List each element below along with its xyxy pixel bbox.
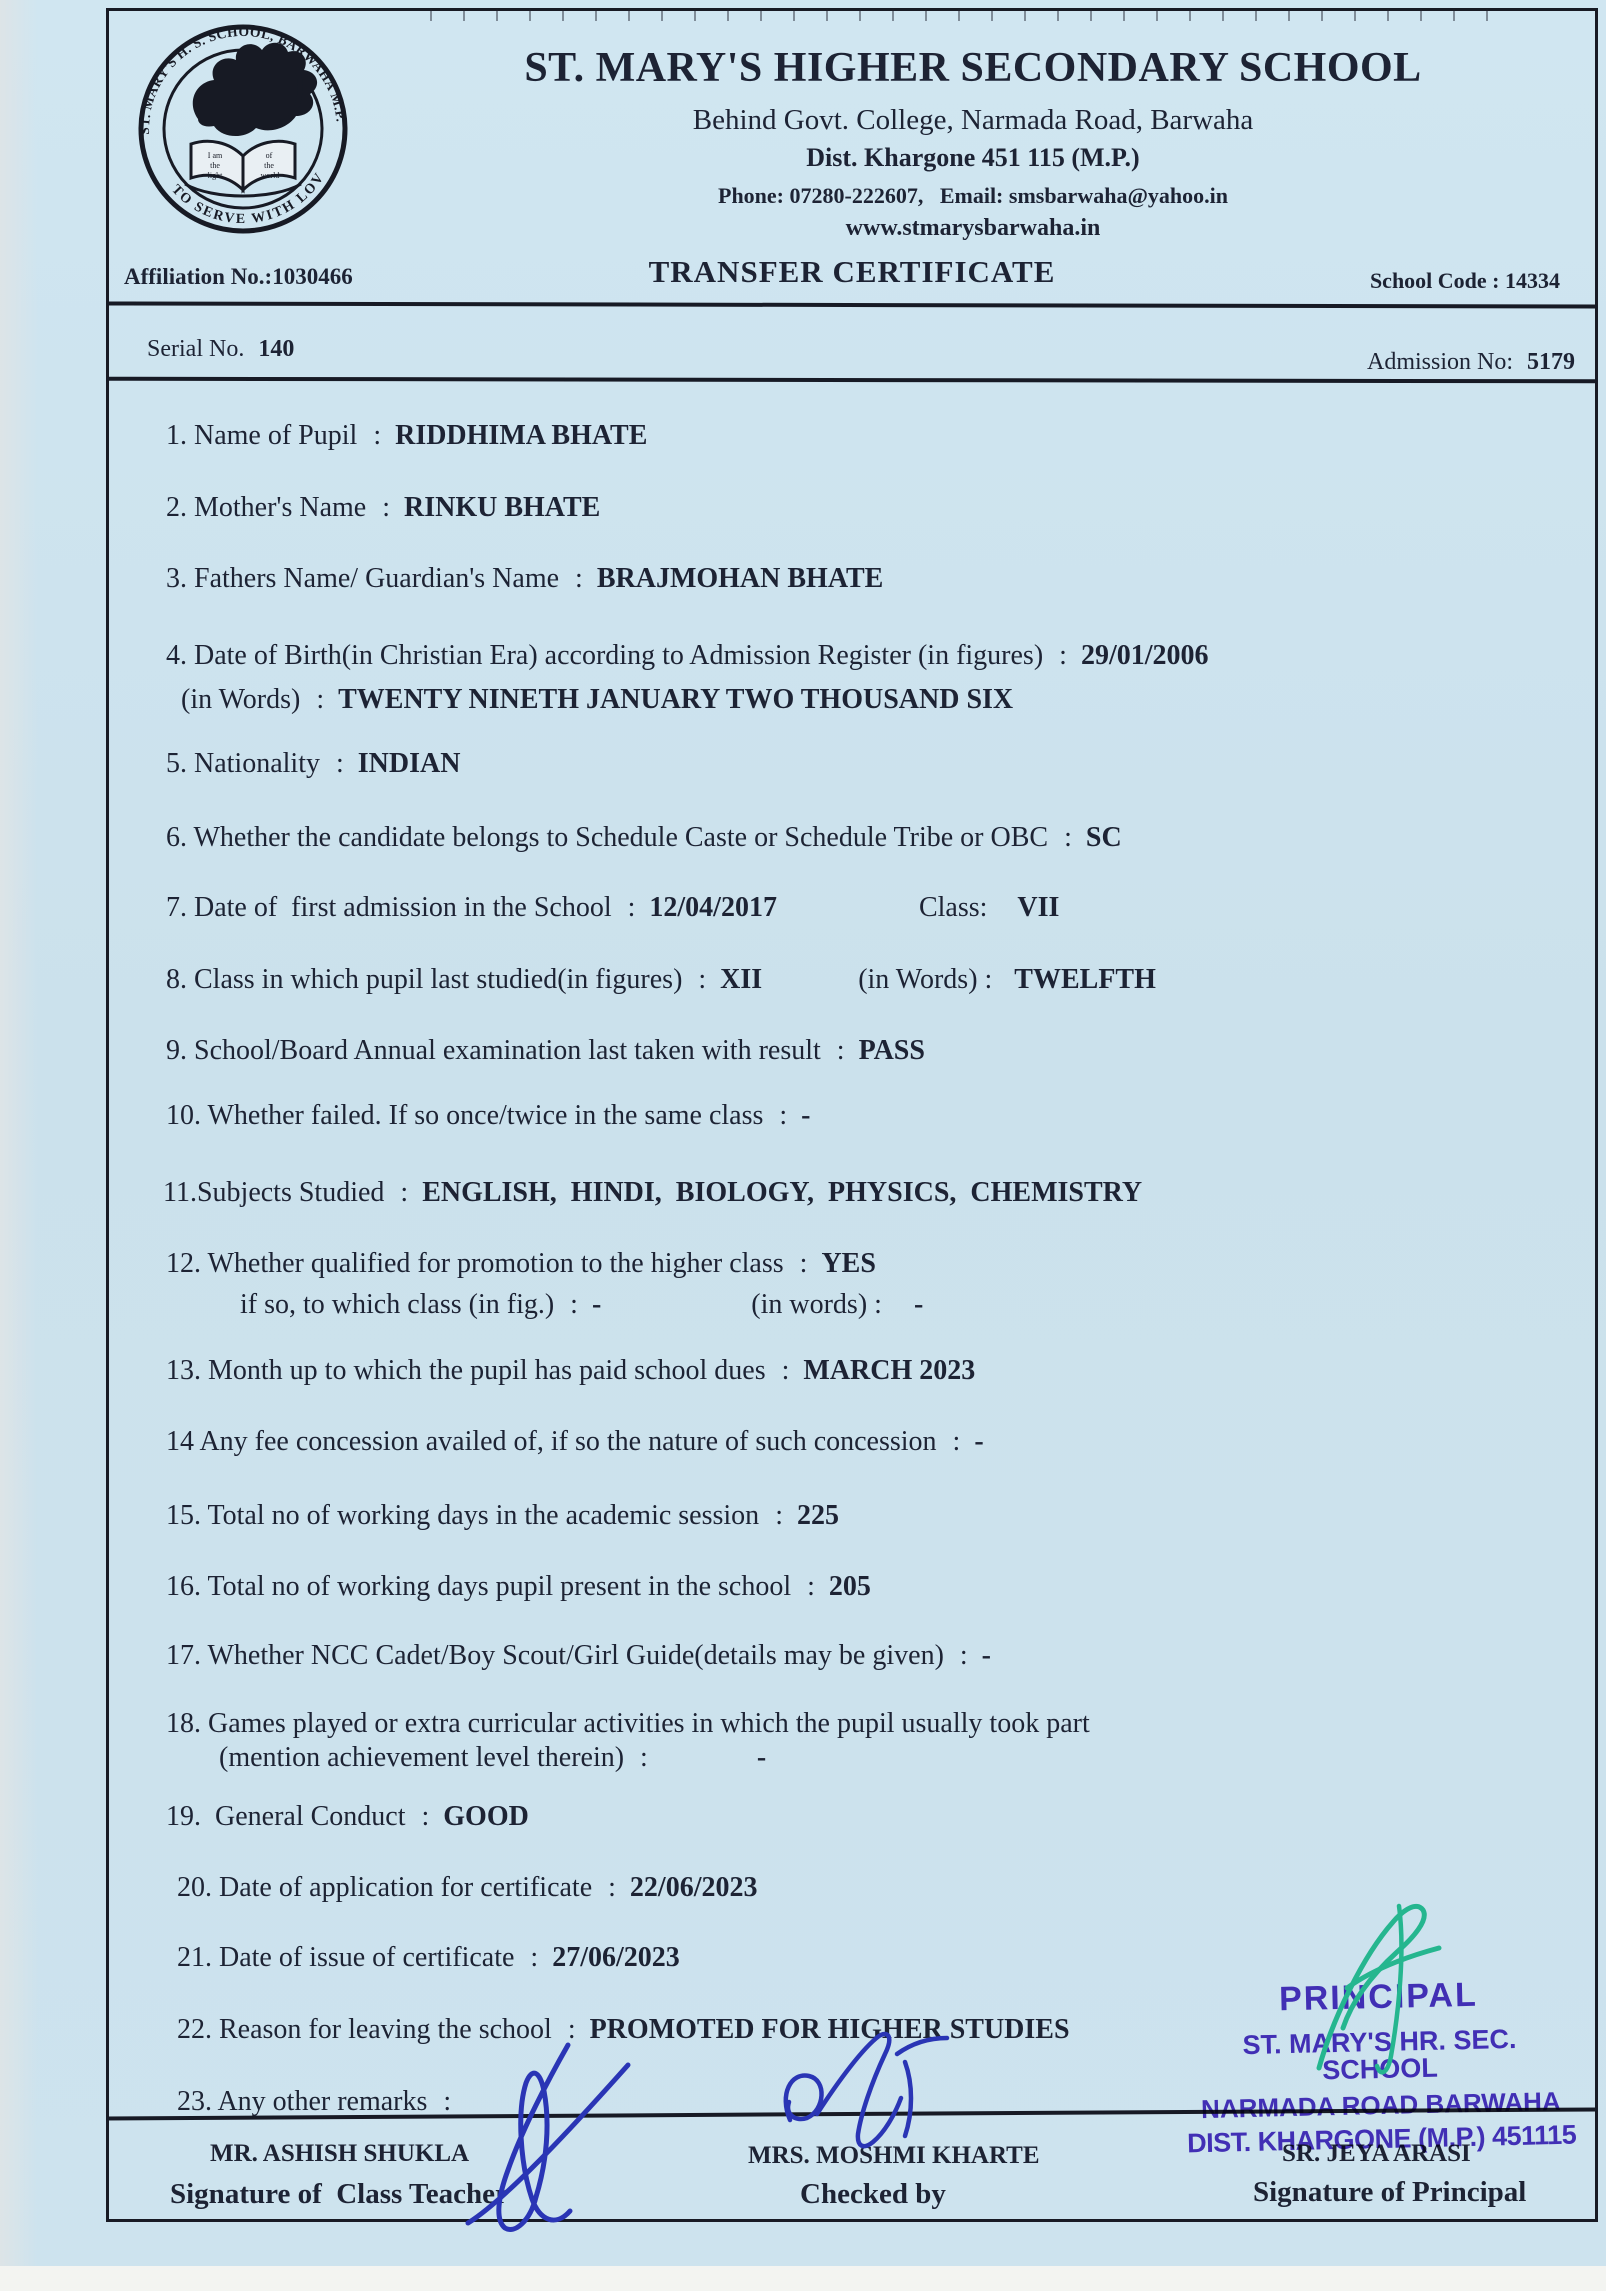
item-label: 15. Total no of working days in the acad… <box>166 1500 759 1531</box>
school-name: ST. MARY'S HIGHER SECONDARY SCHOOL <box>348 44 1598 92</box>
item-label: 18. Games played or extra curricular act… <box>166 1708 1090 1739</box>
item-value: 205 <box>829 1571 871 1602</box>
school-district: Dist. Khargone 451 115 (M.P.) <box>348 143 1598 173</box>
item-label: 1. Name of Pupil <box>166 420 357 451</box>
item-colon: : <box>628 892 636 923</box>
tc-item-20: 20. Date of application for certificate:… <box>177 1872 757 1904</box>
item-colon: : <box>575 563 583 594</box>
school-address: Behind Govt. College, Narmada Road, Barw… <box>348 104 1598 137</box>
item-value: - <box>592 1289 601 1320</box>
item-value: RIDDHIMA BHATE <box>395 420 647 451</box>
tc-item-8: 8. Class in which pupil last studied(in … <box>166 964 1156 996</box>
item-value: 27/06/2023 <box>552 1942 680 1973</box>
tc-item-13: 13. Month up to which the pupil has paid… <box>166 1355 975 1387</box>
school-logo-seal: ST. MARY'S H. S. SCHOOL, BARWAHA M.P. TO… <box>136 22 350 236</box>
tc-item-12: 12. Whether qualified for promotion to t… <box>166 1248 876 1280</box>
item-label: 13. Month up to which the pupil has paid… <box>166 1355 766 1386</box>
item-colon: : <box>1064 822 1072 853</box>
tc-item-1: 1. Name of Pupil:RIDDHIMA BHATE <box>166 420 647 452</box>
item-value: - <box>982 1640 991 1671</box>
tc-item-18: 18. Games played or extra curricular act… <box>166 1708 1090 1740</box>
tc-item-7: 7. Date of first admission in the School… <box>166 892 1059 924</box>
transfer-certificate-page: ST. MARY'S H. S. SCHOOL, BARWAHA M.P. TO… <box>0 0 1606 2291</box>
checked-by-role: Checked by <box>800 2178 946 2211</box>
item-label: 8. Class in which pupil last studied(in … <box>166 964 682 995</box>
item-value-2: TWELFTH <box>1014 964 1156 995</box>
item-value: TWENTY NINETH JANUARY TWO THOUSAND SIX <box>338 684 1013 715</box>
item-value: YES <box>821 1248 875 1279</box>
item-label: 7. Date of first admission in the School <box>166 892 612 923</box>
admission-value: 5179 <box>1527 349 1575 375</box>
item-value: 22/06/2023 <box>630 1872 758 1903</box>
book-text: I am <box>208 151 223 160</box>
item-value: - <box>757 1742 766 1773</box>
tc-item-9: 9. School/Board Annual examination last … <box>166 1035 925 1067</box>
item-label: 11.Subjects Studied <box>163 1177 384 1208</box>
tc-item-14: 14 Any fee concession availed of, if so … <box>166 1426 984 1458</box>
item-value: - <box>801 1100 810 1131</box>
item-label: 17. Whether NCC Cadet/Boy Scout/Girl Gui… <box>166 1640 944 1671</box>
tc-item-10: 10. Whether failed. If so once/twice in … <box>166 1100 811 1132</box>
item-colon: : <box>608 1872 616 1903</box>
item-value: SC <box>1086 822 1122 853</box>
item-colon: : <box>698 964 706 995</box>
item-value-2: VII <box>1017 892 1059 923</box>
item-value: 225 <box>797 1500 839 1531</box>
class-teacher-signature <box>450 2035 645 2235</box>
item-colon: : <box>422 1801 430 1832</box>
tc-item-4: 4. Date of Birth(in Christian Era) accor… <box>166 640 1209 672</box>
item-value: ENGLISH, HINDI, BIOLOGY, PHYSICS, CHEMIS… <box>422 1177 1142 1208</box>
item-colon: : <box>373 420 381 451</box>
item-value: RINKU BHATE <box>404 492 600 523</box>
item-value: XII <box>720 964 762 995</box>
tc-item-5: 5. Nationality:INDIAN <box>166 748 460 780</box>
tc-item-17: 17. Whether NCC Cadet/Boy Scout/Girl Gui… <box>166 1640 991 1672</box>
principal-signature <box>1297 1890 1447 2080</box>
item-colon: : <box>807 1571 815 1602</box>
item-label: 9. School/Board Annual examination last … <box>166 1035 821 1066</box>
tc-item-4-words: (in Words):TWENTY NINETH JANUARY TWO THO… <box>181 684 1013 716</box>
tc-item-21: 21. Date of issue of certificate:27/06/2… <box>177 1942 680 1974</box>
item-colon: : <box>570 1289 578 1320</box>
item-label: 19. General Conduct <box>166 1801 406 1832</box>
book-text: light <box>208 171 223 180</box>
item-value: 12/04/2017 <box>649 892 777 923</box>
item-label: 14 Any fee concession availed of, if so … <box>166 1426 937 1457</box>
tc-item-3: 3. Fathers Name/ Guardian's Name:BRAJMOH… <box>166 563 883 595</box>
tc-item-23: 23. Any other remarks: <box>177 2086 465 2118</box>
item-label: 10. Whether failed. If so once/twice in … <box>166 1100 763 1131</box>
class-teacher-name: MR. ASHISH SHUKLA <box>210 2140 469 2168</box>
book-text: the <box>264 161 274 170</box>
book-text: world <box>261 171 280 180</box>
item-colon: : <box>779 1100 787 1131</box>
school-contact: Phone: 07280-222607, Email: smsbarwaha@y… <box>348 183 1598 209</box>
tc-item-16: 16. Total no of working days pupil prese… <box>166 1571 871 1603</box>
item-colon: : <box>782 1355 790 1386</box>
serial-number: Serial No.140 <box>147 336 294 363</box>
item-value: - <box>974 1426 983 1457</box>
item-colon: : <box>1059 640 1067 671</box>
item-label: 4. Date of Birth(in Christian Era) accor… <box>166 640 1043 671</box>
item-label: 3. Fathers Name/ Guardian's Name <box>166 563 559 594</box>
checked-by-signature <box>765 2028 960 2158</box>
item-label: (in Words) <box>181 684 300 715</box>
item-label: 6. Whether the candidate belongs to Sche… <box>166 822 1048 853</box>
tc-item-15: 15. Total no of working days in the acad… <box>166 1500 839 1532</box>
item-label: (mention achievement level therein) <box>219 1742 624 1773</box>
scan-edge-left <box>0 0 38 2291</box>
tc-item-6: 6. Whether the candidate belongs to Sche… <box>166 822 1122 854</box>
school-website: www.stmarysbarwaha.in <box>348 215 1598 242</box>
item-label: 21. Date of issue of certificate <box>177 1942 514 1973</box>
item-value: INDIAN <box>358 748 461 779</box>
scan-edge-bottom <box>0 2266 1606 2291</box>
item-value-2: - <box>914 1289 923 1320</box>
item-value: 29/01/2006 <box>1081 640 1209 671</box>
item-colon: : <box>530 1942 538 1973</box>
book-text: the <box>210 161 220 170</box>
item-colon: : <box>800 1248 808 1279</box>
admission-label: Admission No: <box>1367 349 1513 375</box>
item-colon: : <box>382 492 390 523</box>
item-colon: : <box>316 684 324 715</box>
tc-item-12-sub: if so, to which class (in fig.):-(in wor… <box>240 1289 923 1321</box>
item-colon: : <box>837 1035 845 1066</box>
item-colon: : <box>640 1742 648 1773</box>
item-label-2: (in words) : <box>751 1289 882 1320</box>
tc-item-2: 2. Mother's Name:RINKU BHATE <box>166 492 600 524</box>
admission-number: Admission No:5179 <box>1367 349 1575 376</box>
serial-value: 140 <box>258 336 294 362</box>
item-label: 20. Date of application for certificate <box>177 1872 592 1903</box>
item-label: 23. Any other remarks <box>177 2086 427 2117</box>
tc-item-18-sub: (mention achievement level therein):- <box>219 1742 766 1774</box>
item-value: PASS <box>859 1035 925 1066</box>
book-text: of <box>266 151 273 160</box>
item-colon: : <box>336 748 344 779</box>
scan-ticks <box>430 9 1490 21</box>
tc-item-11: 11.Subjects Studied:ENGLISH, HINDI, BIOL… <box>163 1177 1142 1209</box>
item-colon: : <box>400 1177 408 1208</box>
school-code: School Code : 14334 <box>1370 268 1560 294</box>
item-label-2: (in Words) : <box>858 964 992 995</box>
serial-label: Serial No. <box>147 336 244 362</box>
item-value: MARCH 2023 <box>803 1355 975 1386</box>
item-label: if so, to which class (in fig.) <box>240 1289 554 1320</box>
item-label: 2. Mother's Name <box>166 492 366 523</box>
seal-book-icon: I am the light of the world <box>185 141 301 196</box>
item-label: 5. Nationality <box>166 748 320 779</box>
item-colon: : <box>960 1640 968 1671</box>
item-colon: : <box>953 1426 961 1457</box>
item-label: 16. Total no of working days pupil prese… <box>166 1571 791 1602</box>
tc-item-19: 19. General Conduct:GOOD <box>166 1801 529 1833</box>
item-colon: : <box>775 1500 783 1531</box>
principal-role: Signature of Principal <box>1253 2176 1526 2209</box>
stamp-line: NARMADA ROAD BARWAHA <box>1186 2088 1576 2123</box>
item-label-2: Class: <box>919 892 987 923</box>
item-label: 12. Whether qualified for promotion to t… <box>166 1248 784 1279</box>
item-value: BRAJMOHAN BHATE <box>597 563 884 594</box>
item-value: GOOD <box>443 1801 529 1832</box>
